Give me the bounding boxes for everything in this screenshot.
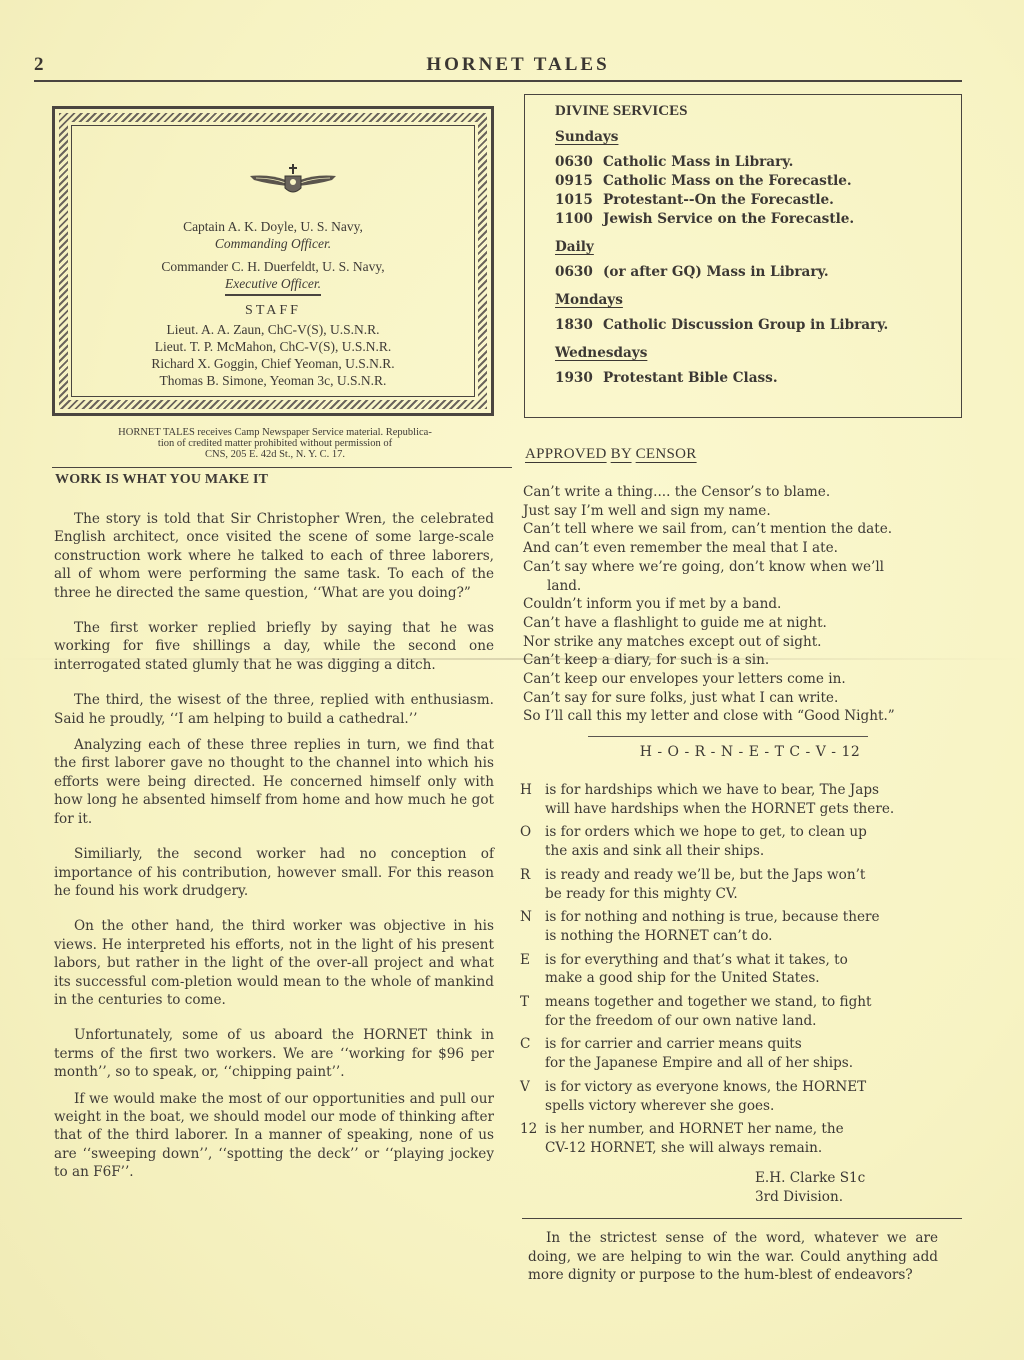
divider <box>522 1218 962 1219</box>
captain-title: Commanding Officer. <box>72 235 474 252</box>
commander-title: Executive Officer. <box>72 275 474 292</box>
author-name: E.H. Clarke S1c <box>755 1169 865 1188</box>
service-entry: 0630Catholic Mass in Library. <box>555 153 888 172</box>
service-entry: 0915Catholic Mass on the Forecastle. <box>555 172 888 191</box>
poem-line: Couldn’t inform you if met by a band. <box>523 595 963 614</box>
service-group-wednesdays: Wednesdays 1930Protestant Bible Class. <box>555 345 888 388</box>
article-paragraph: The first worker replied briefly by sayi… <box>54 619 494 674</box>
article-paragraph: Similiarly, the second worker had no con… <box>54 845 494 900</box>
poem-line: Can’t keep our envelopes your letters co… <box>523 670 963 689</box>
poem-line: Can’t tell where we sail from, can’t men… <box>523 520 963 539</box>
divine-services: DIVINE SERVICES Sundays 0630Catholic Mas… <box>555 103 888 398</box>
poem-signature: E.H. Clarke S1c 3rd Division. <box>755 1169 865 1207</box>
article-title: WORK IS WHAT YOU MAKE IT <box>55 472 268 488</box>
poem-line: Can’t keep a diary, for such is a sin. <box>523 651 963 670</box>
poem-line: Can’t say for sure folks, just what I ca… <box>523 689 963 708</box>
closing-paragraph: In the strictest sense of the word, what… <box>528 1229 938 1285</box>
service-day: Mondays <box>555 292 623 308</box>
acrostic-item: Cis for carrier and carrier means quits … <box>520 1035 970 1072</box>
staff-member: Lieut. A. A. Zaun, ChC-V(S), U.S.N.R. <box>72 321 474 338</box>
poem-line: Can’t say where we’re going, don’t know … <box>523 558 963 577</box>
article-paragraph: Unfortunately, some of us aboard the HOR… <box>54 1026 494 1081</box>
staff-listing: Captain A. K. Doyle, U. S. Navy, Command… <box>72 218 474 389</box>
commander-name: Commander C. H. Duerfeldt, U. S. Navy, <box>72 258 474 275</box>
article-paragraph: On the other hand, the third worker was … <box>54 917 494 1009</box>
service-day: Daily <box>555 239 594 255</box>
acrostic-item: Eis for everything and that’s what it ta… <box>520 951 970 988</box>
service-entry: 1100Jewish Service on the Forecastle. <box>555 210 888 229</box>
naval-aviator-wings-icon <box>248 162 338 202</box>
service-entry: 1830Catholic Discussion Group in Library… <box>555 316 888 335</box>
acrostic-title: H - O - R - N - E - T C - V - 12 <box>520 744 980 760</box>
divider <box>52 467 512 468</box>
article-paragraph: If we would make the most of our opportu… <box>54 1090 494 1182</box>
author-division: 3rd Division. <box>755 1188 865 1207</box>
divine-services-box: DIVINE SERVICES Sundays 0630Catholic Mas… <box>524 94 962 418</box>
poem-line: Can’t have a flashlight to guide me at n… <box>523 614 963 633</box>
poem-line: Nor strike any matches except out of sig… <box>523 633 963 652</box>
staff-heading: STAFF <box>72 302 474 319</box>
poem-line: land. <box>523 577 963 596</box>
poem-line: And can’t even remember the meal that I … <box>523 539 963 558</box>
staff-box: Captain A. K. Doyle, U. S. Navy, Command… <box>52 106 494 416</box>
masthead: 2 HORNET TALES <box>34 52 962 82</box>
divider <box>225 294 321 296</box>
poem-title: APPROVED BY CENSOR <box>525 446 697 463</box>
acrostic-item: Tmeans together and together we stand, t… <box>520 993 970 1030</box>
acrostic-item: Nis for nothing and nothing is true, bec… <box>520 908 970 945</box>
service-group-daily: Daily 0630(or after GQ) Mass in Library. <box>555 239 888 282</box>
newspaper-title: HORNET TALES <box>34 54 962 76</box>
article-paragraph: Analyzing each of these three replies in… <box>54 736 494 828</box>
staff-member: Thomas B. Simone, Yeoman 3c, U.S.N.R. <box>72 372 474 389</box>
service-entry: 1930Protestant Bible Class. <box>555 369 888 388</box>
divider <box>588 736 868 737</box>
captain-name: Captain A. K. Doyle, U. S. Navy, <box>72 218 474 235</box>
service-group-sundays: Sundays 0630Catholic Mass in Library. 09… <box>555 129 888 229</box>
poem-line: Just say I’m well and sign my name. <box>523 502 963 521</box>
acrostic-item: Ois for orders which we hope to get, to … <box>520 823 970 860</box>
newspaper-page: 2 HORNET TALES Captain A. K. Doyle, U. S… <box>0 0 1024 1360</box>
poem-line: So I’ll call this my letter and close wi… <box>523 707 963 726</box>
acrostic-item: His for hardships which we have to bear,… <box>520 781 970 818</box>
article-paragraph: The story is told that Sir Christopher W… <box>54 510 494 602</box>
service-day: Wednesdays <box>555 345 647 361</box>
cns-notice: HORNET TALES receives Camp Newspaper Ser… <box>60 427 490 460</box>
censor-poem: Can’t write a thing.... the Censor’s to … <box>523 483 963 726</box>
service-group-mondays: Mondays 1830Catholic Discussion Group in… <box>555 292 888 335</box>
inner-frame: Captain A. K. Doyle, U. S. Navy, Command… <box>71 125 475 397</box>
acrostic-item: Ris ready and ready we’ll be, but the Ja… <box>520 866 970 903</box>
staff-member: Lieut. T. P. McMahon, ChC-V(S), U.S.N.R. <box>72 338 474 355</box>
acrostic-item: 12is her number, and HORNET her name, th… <box>520 1120 970 1157</box>
service-entry: 0630(or after GQ) Mass in Library. <box>555 263 888 282</box>
staff-member: Richard X. Goggin, Chief Yeoman, U.S.N.R… <box>72 355 474 372</box>
acrostic-item: Vis for victory as everyone knows, the H… <box>520 1078 970 1115</box>
service-day: Sundays <box>555 129 618 145</box>
article-body: The story is told that Sir Christopher W… <box>54 510 494 1199</box>
article-paragraph: The third, the wisest of the three, repl… <box>54 691 494 728</box>
services-title: DIVINE SERVICES <box>555 103 888 120</box>
poem-line: Can’t write a thing.... the Censor’s to … <box>523 483 963 502</box>
acrostic-poem: His for hardships which we have to bear,… <box>520 781 970 1163</box>
service-entry: 1015Protestant--On the Forecastle. <box>555 191 888 210</box>
